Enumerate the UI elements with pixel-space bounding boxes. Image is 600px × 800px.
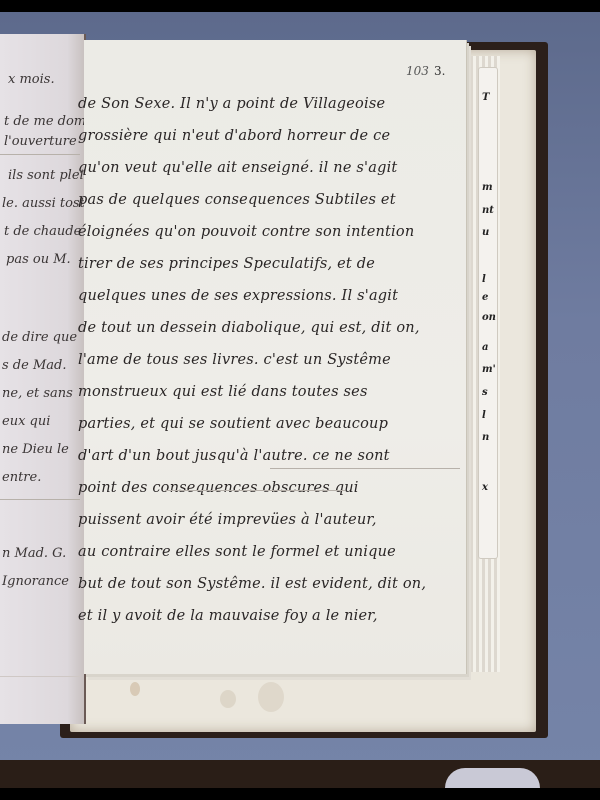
manuscript-line: tirer de ses principes Speculatifs, et d…: [78, 256, 375, 272]
left-page-line: eux qui: [2, 414, 50, 429]
margin-letter: m: [482, 182, 493, 193]
left-page-line: de dire que: [2, 330, 77, 345]
margin-letter: a: [482, 342, 488, 353]
manuscript-line: qu'on veut qu'elle ait enseigné. il ne s…: [78, 160, 397, 176]
manuscript-line: l'ame de tous ses livres. c'est un Systê…: [78, 352, 391, 368]
left-page-line: pas ou M.: [6, 252, 71, 267]
margin-letter: nt: [482, 205, 494, 216]
manuscript-line: parties, et qui se soutient avec beaucou…: [78, 416, 388, 432]
margin-letter: T: [482, 92, 489, 103]
left-page-line: Ignorance: [2, 574, 69, 589]
left-page-line: s de Mad.: [2, 358, 66, 373]
left-page-line: ne Dieu le: [2, 442, 69, 457]
table-edge: [0, 760, 600, 788]
margin-letter: u: [482, 227, 489, 238]
manuscript-line: au contraire elles sont le formel et uni…: [78, 544, 396, 560]
photo-background: x mois. t de me dom l'ouverture ils sont…: [0, 12, 600, 788]
folio-number: 3.: [434, 64, 445, 78]
margin-letter: e: [482, 292, 488, 303]
manuscript-line: et il y avoit de la mauvaise foy a le ni…: [78, 608, 378, 624]
manuscript-line: puissent avoir été imprevües à l'auteur,: [78, 512, 377, 528]
manuscript-line: éloignées qu'on pouvoit contre son inten…: [78, 224, 414, 240]
margin-letter: s: [482, 387, 488, 398]
folio-number-pencil: 103: [406, 64, 429, 78]
left-page-line: le. aussi tost: [2, 196, 85, 211]
ruled-line: [0, 154, 80, 155]
manuscript-line: quelques unes de ses expressions. Il s'a…: [78, 288, 398, 304]
margin-letter: x: [482, 482, 488, 493]
manuscript-line: pas de quelques consequences Subtiles et: [78, 192, 396, 208]
left-page-line: l'ouverture: [4, 134, 77, 149]
page-fold: [0, 676, 80, 677]
left-page-line: t de chaude: [4, 224, 81, 239]
left-page-line: n Mad. G.: [2, 546, 66, 561]
margin-letter: on: [482, 312, 496, 323]
manuscript-line: de tout un dessein diabolique, qui est, …: [78, 320, 420, 336]
left-page-line: ne, et sans: [2, 386, 73, 401]
manuscript-line: grossière qui n'eut d'abord horreur de c…: [78, 128, 390, 144]
water-stain: [130, 682, 140, 696]
ruled-line: [270, 468, 460, 469]
left-page: x mois. t de me dom l'ouverture ils sont…: [0, 34, 86, 724]
paper-damage: [258, 682, 284, 712]
margin-letter: l: [482, 410, 486, 421]
cloth: [445, 768, 540, 788]
paper-damage: [220, 690, 236, 708]
ruled-line: [0, 499, 80, 500]
manuscript-line: monstrueux qui est lié dans toutes ses: [78, 384, 368, 400]
left-page-line: entre.: [2, 470, 41, 485]
ruled-line: [165, 490, 345, 491]
left-page-line: t de me dom: [4, 114, 86, 129]
margin-letter: l: [482, 274, 486, 285]
manuscript-line: d'art d'un bout jusqu'à l'autre. ce ne s…: [78, 448, 390, 464]
manuscript-line: de Son Sexe. Il n'y a point de Villageoi…: [78, 96, 385, 112]
margin-letter: n: [482, 432, 489, 443]
margin-letter: m': [482, 364, 496, 375]
manuscript-line: but de tout son Systême. il est evident,…: [78, 576, 426, 592]
left-page-line: x mois.: [8, 72, 55, 87]
manuscript-line: point des consequences obscures qui: [78, 480, 359, 496]
